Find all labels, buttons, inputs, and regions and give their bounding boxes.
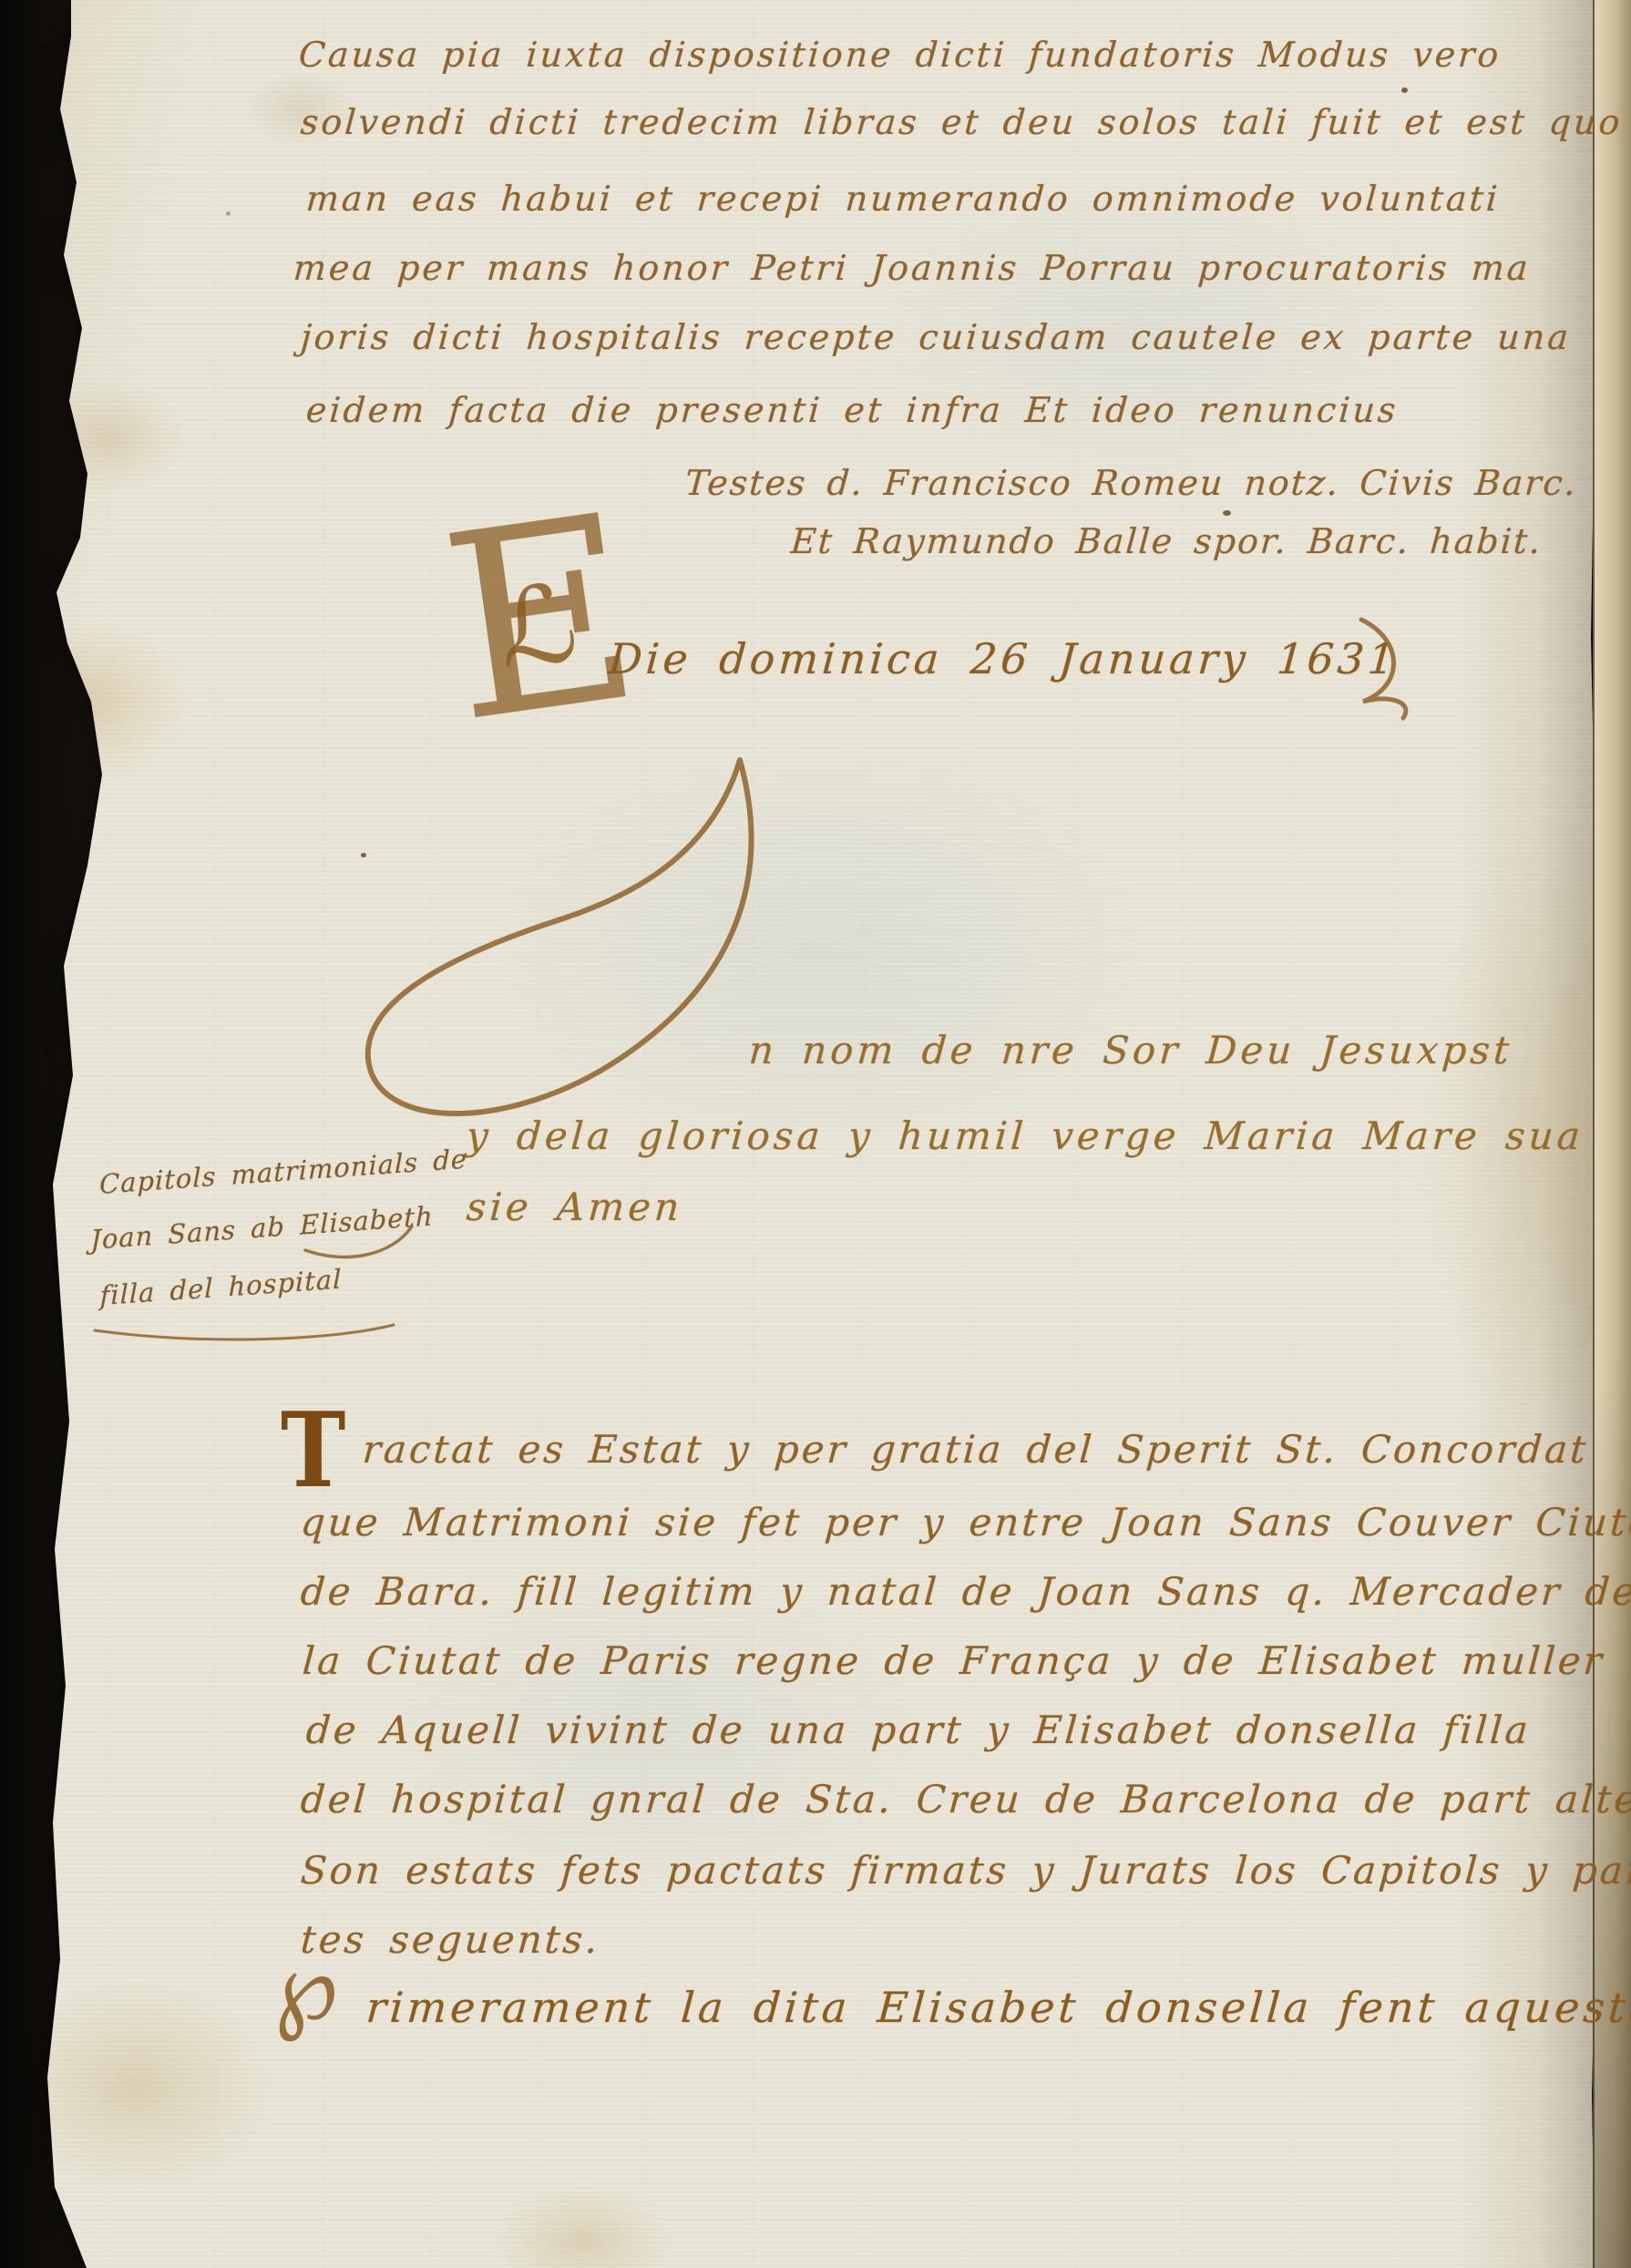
decorated-initial-p-icon: ℘ [268,1937,341,2037]
manuscript-line: man eas habui et recepi numerando omnimo… [304,179,1501,219]
manuscript-line: joris dicti hospitalis recepte cuiusdam … [299,317,1572,357]
manuscript-line: Causa pia iuxta dispositione dicti funda… [297,35,1502,75]
contract-line: la Ciutat de Paris regne de França y de … [301,1638,1605,1683]
decorated-initial-t: T [281,1399,345,1502]
ink-spot [1223,510,1231,516]
contract-line: ractat es Estat y per gratia del Sperit … [361,1427,1590,1472]
manuscript-line: mea per mans honor Petri Joannis Porrau … [292,248,1532,288]
closing-line: rimerament la dita Elisabet donsella fen… [364,1983,1631,2032]
contract-line: Son estats fets pactats firmats y Jurats… [299,1848,1631,1893]
dateline: Die dominica 26 January 1631 [607,634,1400,683]
invocation-line: y dela gloriosa y humil verge Maria Mare… [465,1113,1585,1158]
book-page-edge [1593,0,1631,2268]
ink-spot [1401,87,1408,93]
date-end-flourish-icon [1347,612,1429,722]
contract-line: de Aquell vivint de una part y Elisabet … [304,1708,1532,1752]
witness-line: Et Raymundo Balle spor. Barc. habit. [789,521,1543,561]
manuscript-line: eidem facta die presenti et infra Et ide… [304,390,1400,430]
ink-spot [226,211,231,216]
margin-note-swash-icon [301,1214,419,1268]
decorated-initial-e-icon: E [432,480,651,759]
witness-line: Testes d. Francisco Romeu notz. Civis Ba… [683,463,1578,503]
invocation-line: sie Amen [465,1185,684,1229]
contract-line: de Bara. fill legitim y natal de Joan Sa… [299,1569,1631,1614]
contract-line: del hospital gnral de Sta. Creu de Barce… [299,1777,1631,1822]
invocation-line: n nom de nre Sor Deu Jesuxpst [747,1028,1513,1072]
ink-spot [361,853,366,857]
contract-line: que Matrimoni sie fet per y entre Joan S… [299,1500,1631,1544]
manuscript-line: solvendi dicti tredecim libras et deu so… [299,102,1624,142]
margin-note-underline-flourish-icon [91,1319,401,1347]
contract-line: tes seguents. [299,1917,601,1962]
